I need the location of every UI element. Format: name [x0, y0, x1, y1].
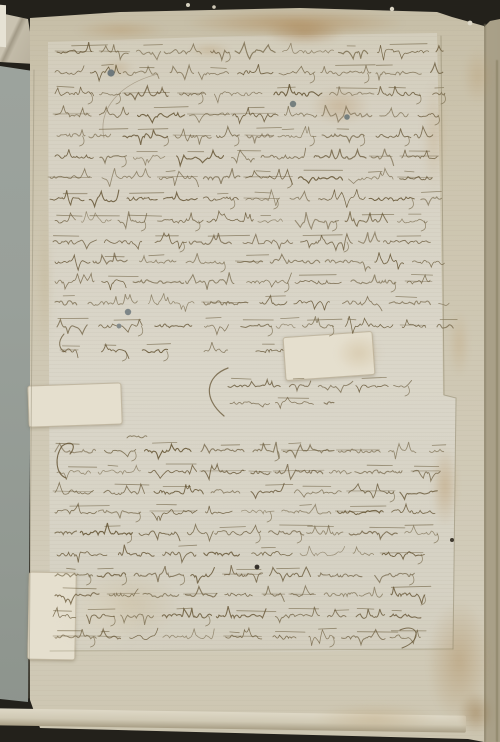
pen-stroke: [55, 213, 75, 223]
pen-stroke: [309, 630, 335, 646]
pen-stroke: [273, 470, 324, 471]
pen-stroke: [355, 470, 402, 474]
pen-stroke: [288, 178, 292, 188]
pen-stroke: [220, 527, 246, 528]
pen-stroke: [247, 273, 292, 287]
pen-stroke: [325, 260, 370, 271]
pen-stroke: [378, 45, 429, 60]
pen-stroke: [231, 378, 251, 379]
pen-stroke: [90, 65, 120, 81]
pen-stroke: [205, 325, 229, 335]
pen-stroke: [214, 92, 262, 103]
pen-stroke: [159, 171, 198, 186]
pen-stroke: [142, 349, 167, 352]
pen-stroke: [295, 212, 338, 229]
pen-stroke: [144, 45, 163, 46]
pen-stroke: [166, 171, 175, 172]
pen-stroke: [390, 44, 427, 45]
pen-stroke: [148, 293, 194, 311]
pen-stroke: [273, 635, 296, 639]
pen-stroke: [138, 129, 168, 130]
pen-stroke: [231, 150, 254, 163]
pen-stroke: [441, 36, 456, 649]
pen-stroke: [433, 92, 445, 95]
pen-stroke: [336, 65, 376, 66]
pen-stroke: [241, 510, 274, 514]
pen-stroke: [319, 628, 337, 629]
pen-stroke: [134, 566, 183, 582]
pen-stroke: [279, 66, 315, 75]
pen-stroke: [204, 342, 228, 352]
pen-stroke: [143, 593, 179, 597]
pen-stroke: [100, 156, 127, 163]
pen-stroke: [102, 168, 151, 187]
pen-stroke: [389, 442, 416, 459]
pen-stroke: [275, 464, 323, 479]
pen-stroke: [123, 67, 159, 79]
pen-stroke: [267, 512, 271, 522]
pen-stroke: [336, 88, 377, 89]
pen-stroke: [130, 628, 158, 639]
paper-spot: [450, 538, 454, 542]
pen-stroke: [235, 43, 275, 59]
pen-stroke: [260, 296, 287, 305]
pen-stroke: [136, 50, 160, 59]
pen-stroke: [57, 443, 73, 478]
pen-stroke: [284, 106, 316, 117]
pen-stroke: [104, 484, 145, 494]
pen-stroke: [257, 128, 282, 129]
pen-stroke: [255, 192, 271, 193]
pen-stroke: [216, 606, 266, 618]
pen-stroke: [55, 274, 94, 290]
pen-stroke: [370, 527, 405, 528]
pen-stroke: [57, 552, 107, 563]
pen-stroke: [362, 377, 386, 378]
paper-spot: [186, 3, 190, 7]
pen-stroke: [55, 106, 91, 117]
pen-stroke: [99, 129, 128, 130]
pen-stroke: [269, 531, 304, 535]
pen-stroke: [421, 197, 442, 205]
pen-stroke: [199, 94, 203, 104]
pen-stroke: [421, 221, 425, 231]
pen-stroke: [122, 575, 126, 585]
pen-stroke: [132, 451, 136, 461]
pen-stroke: [207, 211, 253, 222]
pen-stroke: [152, 442, 177, 443]
pen-stroke: [235, 261, 262, 262]
pen-stroke: [345, 211, 387, 226]
pen-stroke: [269, 567, 310, 581]
pen-stroke: [390, 614, 421, 618]
pen-stroke: [233, 107, 278, 123]
pen-stroke: [50, 649, 453, 651]
pen-stroke: [278, 126, 316, 137]
pen-stroke: [164, 351, 168, 361]
pen-stroke: [230, 199, 234, 209]
paper-spot: [290, 101, 296, 107]
pen-stroke: [414, 127, 433, 138]
pen-stroke: [278, 87, 296, 88]
pen-stroke: [158, 213, 204, 224]
pen-stroke: [295, 281, 341, 285]
pen-stroke: [389, 87, 406, 88]
pen-stroke: [138, 326, 142, 336]
pen-stroke: [104, 240, 141, 249]
pen-stroke: [300, 505, 312, 506]
pen-stroke: [368, 171, 382, 172]
pen-stroke: [99, 107, 128, 118]
pen-stroke: [204, 552, 240, 556]
pen-stroke: [98, 510, 140, 518]
pen-stroke: [407, 275, 430, 284]
pen-stroke: [189, 233, 231, 244]
pen-stroke: [226, 628, 262, 639]
pen-stroke: [345, 316, 393, 334]
pen-stroke: [57, 86, 74, 87]
pen-stroke: [60, 334, 66, 352]
pen-stroke: [324, 593, 357, 597]
pen-stroke: [81, 211, 111, 222]
pen-stroke: [122, 351, 126, 361]
pen-stroke: [405, 525, 433, 526]
pen-stroke: [54, 611, 72, 612]
pen-stroke: [353, 547, 374, 556]
pen-stroke: [55, 531, 77, 534]
pen-stroke: [282, 129, 294, 130]
pen-stroke: [228, 380, 280, 388]
pen-stroke: [122, 157, 126, 167]
pen-stroke: [55, 504, 97, 514]
pen-stroke: [290, 191, 310, 201]
pen-stroke: [98, 568, 114, 569]
pen-stroke: [145, 444, 192, 459]
pen-stroke: [108, 465, 118, 466]
pen-stroke: [149, 465, 197, 478]
pen-stroke: [133, 155, 165, 165]
pen-stroke: [238, 64, 273, 75]
pen-stroke: [413, 470, 440, 481]
pen-stroke: [202, 464, 244, 479]
pen-stroke: [29, 70, 34, 698]
pen-stroke: [360, 136, 364, 146]
pen-stroke: [55, 483, 94, 495]
pen-stroke: [291, 586, 314, 597]
pen-stroke: [261, 148, 306, 159]
paper-spot: [344, 114, 350, 120]
pen-stroke: [202, 302, 249, 303]
pen-stroke: [322, 134, 364, 142]
manuscript-photo: [0, 0, 500, 742]
pen-stroke: [343, 297, 383, 311]
pen-stroke: [155, 233, 187, 249]
pen-stroke: [436, 46, 443, 52]
pen-stroke: [57, 129, 85, 137]
pen-stroke: [405, 386, 409, 396]
pen-stroke: [80, 523, 132, 535]
pen-stroke: [256, 349, 283, 352]
pen-stroke: [380, 108, 409, 117]
pen-stroke: [203, 168, 239, 184]
paper-spot: [107, 69, 114, 76]
pen-stroke: [251, 483, 284, 498]
pen-stroke: [351, 275, 396, 284]
pen-stroke: [268, 326, 272, 336]
pen-stroke: [177, 150, 224, 165]
pen-stroke: [405, 171, 414, 172]
pen-stroke: [281, 318, 299, 319]
pen-stroke: [80, 136, 84, 146]
pen-stroke: [55, 301, 77, 305]
pen-stroke: [380, 552, 423, 553]
pen-stroke: [256, 171, 270, 172]
pen-stroke: [88, 94, 92, 104]
pen-stroke: [93, 253, 127, 264]
pen-stroke: [314, 149, 366, 159]
pen-stroke: [276, 324, 295, 328]
paper-spot: [255, 565, 260, 570]
pen-stroke: [186, 272, 234, 289]
pen-stroke: [359, 587, 382, 597]
pen-stroke: [99, 51, 130, 52]
pen-stroke: [218, 193, 229, 194]
pen-stroke: [133, 280, 184, 284]
pen-stroke: [334, 610, 348, 611]
pen-stroke: [237, 611, 276, 612]
pen-stroke: [89, 190, 119, 207]
pen-stroke: [297, 533, 301, 543]
pen-stroke: [302, 316, 333, 328]
pen-stroke: [139, 531, 180, 541]
pen-stroke: [206, 318, 221, 319]
pen-stroke: [206, 506, 233, 514]
pen-stroke: [164, 44, 201, 54]
pen-stroke: [55, 66, 84, 75]
pen-stroke: [303, 235, 342, 236]
pen-stroke: [294, 490, 341, 497]
pen-stroke: [53, 240, 96, 249]
pen-stroke: [70, 506, 110, 507]
pen-stroke: [405, 526, 438, 535]
pen-stroke: [318, 189, 365, 207]
pen-stroke: [118, 211, 147, 228]
pen-stroke: [274, 84, 322, 96]
pen-stroke: [198, 72, 228, 80]
pen-stroke: [138, 113, 185, 123]
paper-spot: [212, 5, 216, 9]
pen-stroke: [99, 629, 121, 639]
pen-stroke: [154, 484, 203, 494]
pen-stroke: [375, 573, 415, 582]
pen-stroke: [211, 50, 229, 60]
pen-stroke: [186, 253, 224, 264]
pen-stroke: [226, 52, 230, 62]
pen-stroke: [310, 136, 314, 146]
pen-stroke: [55, 87, 94, 96]
pen-stroke: [348, 319, 356, 320]
pen-stroke: [241, 324, 271, 327]
pen-stroke: [211, 490, 240, 494]
pen-stroke: [177, 608, 192, 609]
pen-stroke: [55, 593, 99, 604]
pen-stroke: [421, 191, 441, 192]
pen-stroke: [391, 587, 425, 604]
pen-stroke: [67, 568, 76, 569]
pen-stroke: [249, 471, 271, 472]
pen-stroke: [256, 533, 260, 543]
pen-stroke: [180, 575, 184, 585]
pen-stroke: [391, 586, 431, 587]
pen-stroke: [359, 232, 380, 243]
pen-stroke: [298, 177, 342, 183]
pen-stroke: [376, 129, 411, 138]
pen-stroke: [115, 484, 149, 485]
pen-stroke: [329, 326, 333, 336]
pen-stroke: [376, 71, 421, 80]
pen-stroke: [405, 136, 409, 146]
pen-stroke: [123, 130, 168, 145]
pen-stroke: [330, 637, 334, 647]
pen-stroke: [103, 74, 158, 138]
pen-stroke: [231, 113, 276, 114]
pen-stroke: [86, 614, 114, 624]
pen-stroke: [97, 573, 125, 577]
pen-stroke: [127, 436, 147, 438]
handwriting-layer: [0, 0, 500, 742]
pen-stroke: [243, 234, 293, 249]
pen-stroke: [299, 275, 336, 276]
pen-stroke: [277, 568, 300, 569]
pen-stroke: [252, 551, 293, 556]
pen-stroke: [102, 64, 114, 65]
pen-stroke: [329, 470, 351, 474]
pen-stroke: [154, 107, 188, 108]
paper-spot: [390, 7, 394, 11]
pen-stroke: [294, 300, 330, 310]
pen-stroke: [409, 199, 413, 209]
pen-stroke: [430, 449, 444, 452]
pen-stroke: [301, 234, 353, 251]
pen-stroke: [396, 297, 417, 298]
pen-stroke: [48, 177, 92, 178]
pen-stroke: [244, 198, 279, 199]
pen-stroke: [339, 50, 368, 58]
pen-stroke: [289, 443, 301, 444]
pen-stroke: [111, 616, 115, 626]
pen-stroke: [394, 380, 412, 387]
pen-stroke: [53, 608, 76, 619]
pen-stroke: [411, 275, 432, 276]
pen-stroke: [349, 531, 397, 539]
pen-stroke: [55, 149, 93, 158]
pen-stroke: [293, 378, 304, 379]
pen-stroke: [356, 609, 385, 619]
pen-stroke: [121, 614, 154, 625]
pen-stroke: [127, 197, 157, 200]
pen-stroke: [283, 445, 334, 458]
pen-stroke: [98, 466, 140, 475]
pen-stroke: [266, 484, 293, 485]
pen-stroke: [412, 260, 444, 267]
pen-stroke: [437, 324, 453, 328]
pen-stroke: [128, 215, 161, 216]
pen-stroke: [130, 193, 164, 194]
pen-stroke: [140, 256, 177, 263]
pen-stroke: [324, 402, 334, 404]
pen-stroke: [282, 505, 331, 514]
pen-stroke: [109, 589, 138, 597]
pen-stroke: [439, 303, 450, 305]
pen-stroke: [283, 43, 334, 54]
pen-stroke: [247, 255, 269, 256]
pen-stroke: [50, 190, 84, 205]
pen-stroke: [89, 134, 111, 138]
pen-stroke: [55, 573, 93, 576]
pen-stroke: [235, 136, 239, 146]
pen-stroke: [163, 629, 214, 639]
pen-stroke: [127, 533, 131, 543]
paper-spot: [125, 309, 131, 315]
pen-stroke: [365, 73, 369, 83]
paper-spot: [117, 324, 122, 329]
pen-stroke: [357, 608, 374, 609]
pen-stroke: [225, 593, 253, 596]
pen-stroke: [300, 546, 345, 556]
pen-stroke: [170, 65, 194, 79]
pen-stroke: [53, 491, 93, 492]
pen-stroke: [258, 219, 283, 223]
pen-stroke: [275, 397, 313, 408]
pen-stroke: [371, 149, 393, 166]
pen-stroke: [375, 252, 404, 269]
pen-stroke: [63, 588, 96, 589]
pen-stroke: [418, 113, 438, 117]
pen-stroke: [175, 129, 211, 145]
pen-stroke: [410, 575, 414, 585]
pen-stroke: [289, 594, 316, 595]
pen-stroke: [155, 324, 192, 328]
pen-stroke: [397, 219, 427, 223]
pen-stroke: [266, 296, 286, 297]
pen-stroke: [187, 525, 213, 541]
pen-stroke: [118, 545, 154, 557]
pen-stroke: [55, 255, 90, 270]
pen-stroke: [72, 45, 108, 46]
pen-stroke: [383, 240, 430, 244]
pen-stroke: [57, 320, 87, 335]
pen-stroke: [217, 127, 240, 138]
pen-stroke: [179, 545, 197, 546]
pen-stroke: [162, 608, 211, 618]
pen-stroke: [102, 344, 129, 358]
pen-stroke: [349, 168, 394, 183]
pen-stroke: [230, 632, 239, 633]
pen-stroke: [186, 587, 217, 597]
pen-stroke: [402, 319, 426, 327]
pen-stroke: [392, 504, 435, 514]
pen-stroke: [275, 631, 305, 632]
pen-stroke: [102, 280, 126, 290]
pen-stroke: [321, 65, 371, 75]
pen-stroke: [88, 294, 137, 305]
pen-stroke: [123, 92, 170, 93]
pen-stroke: [318, 381, 353, 392]
pen-stroke: [400, 491, 437, 500]
pen-stroke: [318, 573, 362, 577]
pen-stroke: [147, 344, 171, 345]
pen-stroke: [369, 197, 414, 201]
